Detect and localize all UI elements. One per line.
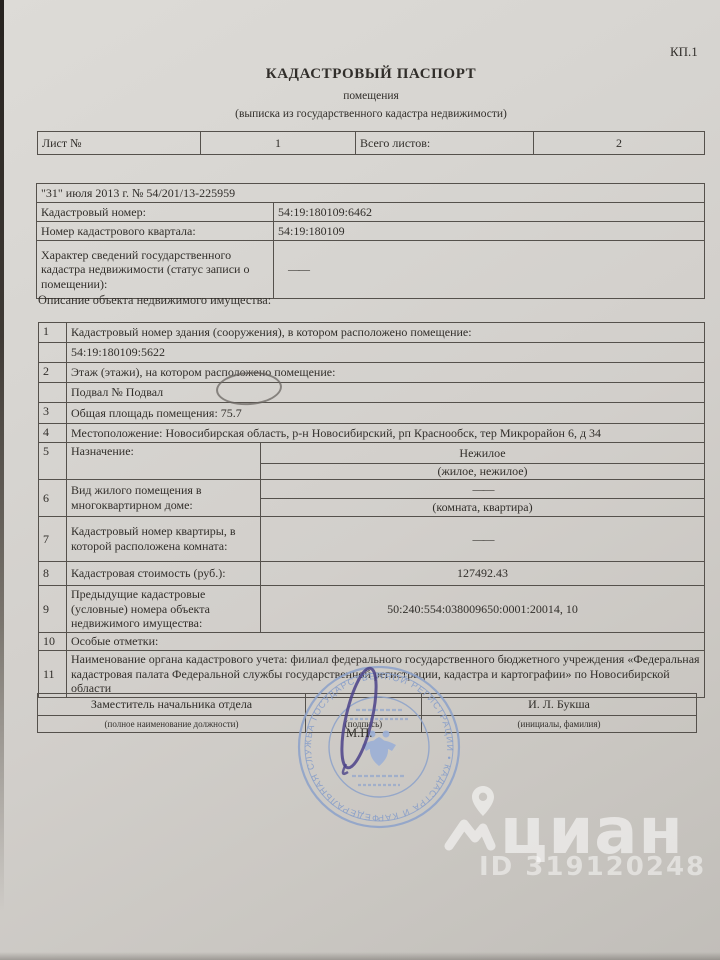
row-number: 1	[39, 323, 67, 343]
official-stamp: ФЕДЕРАЛЬНАЯ СЛУЖБА ГОСУДАРСТВЕННОЙ РЕГИС…	[284, 652, 474, 842]
apartment-number-value: ——	[261, 517, 705, 562]
previous-numbers-value: 50:240:554:038009650:0001:20014, 10	[261, 586, 705, 633]
registration-info-table: "31" июля 2013 г. № 54/201/13-225959 Кад…	[36, 183, 705, 299]
position-hint: (полное наименование должности)	[38, 716, 306, 733]
sheet-table: Лист № 1 Всего листов: 2	[37, 131, 705, 155]
apartment-number-label: Кадастровый номер квартиры, в которой ра…	[67, 517, 261, 562]
sheet-value: 1	[201, 132, 356, 155]
table-row: 54:19:180109:5622	[39, 343, 705, 363]
row-number: 3	[39, 403, 67, 424]
photo-edge-shadow-bottom	[0, 952, 720, 960]
quarter-number-label: Номер кадастрового квартала:	[37, 222, 274, 241]
table-row: 3 Общая площадь помещения: 75.7	[39, 403, 705, 424]
building-number-header: Кадастровый номер здания (сооружения), в…	[67, 323, 705, 343]
purpose-hint: (жилое, нежилое)	[261, 463, 704, 478]
document-header: КАДАСТРОВЫЙ ПАСПОРТ помещения (выписка и…	[37, 66, 705, 120]
row-number: 9	[39, 586, 67, 633]
total-area-row: Общая площадь помещения: 75.7	[67, 403, 705, 424]
date-line: "31" июля 2013 г. № 54/201/13-225959	[37, 184, 705, 203]
table-row: 9 Предыдущие кадастровые (условные) номе…	[39, 586, 705, 633]
special-notes-row: Особые отметки:	[67, 633, 705, 651]
row-number: 2	[39, 363, 67, 383]
row-number: 11	[39, 651, 67, 698]
cadastral-number-value: 54:19:180109:6462	[274, 203, 705, 222]
dwelling-type-label: Вид жилого помещения в многоквартирном д…	[67, 480, 261, 517]
row-number	[39, 343, 67, 363]
description-heading: Описание объекта недвижимого имущества:	[38, 293, 271, 308]
floor-value: Подвал № Подвал	[67, 383, 705, 403]
table-row: 5 Назначение: Нежилое (жилое, нежилое)	[39, 443, 705, 480]
table-row: 2 Этаж (этажи), на котором расположено п…	[39, 363, 705, 383]
row-number: 4	[39, 424, 67, 443]
document-title: КАДАСТРОВЫЙ ПАСПОРТ	[37, 66, 705, 83]
dwelling-type-value-cell: —— (комната, квартира)	[261, 480, 705, 517]
row-number: 10	[39, 633, 67, 651]
table-row: 1 Кадастровый номер здания (сооружения),…	[39, 323, 705, 343]
purpose-label: Назначение:	[67, 443, 261, 480]
building-number-value: 54:19:180109:5622	[67, 343, 705, 363]
total-area-label: Общая площадь помещения:	[71, 406, 218, 420]
table-row: 6 Вид жилого помещения в многоквартирном…	[39, 480, 705, 517]
property-table: 1 Кадастровый номер здания (сооружения),…	[38, 322, 705, 698]
document-subtitle-note: (выписка из государственного кадастра не…	[37, 108, 705, 120]
watermark-id-text: ID 319120248	[479, 852, 706, 882]
position-title: Заместитель начальника отдела	[38, 694, 306, 716]
document-page: КП.1 КАДАСТРОВЫЙ ПАСПОРТ помещения (выпи…	[0, 0, 720, 960]
purpose-value-cell: Нежилое (жилое, нежилое)	[261, 443, 705, 480]
table-row: 10 Особые отметки:	[39, 633, 705, 651]
record-status-label: Характер сведений государственного кадас…	[37, 241, 274, 299]
row-number: 7	[39, 517, 67, 562]
floor-header: Этаж (этажи), на котором расположено пом…	[67, 363, 705, 383]
sheet-label: Лист №	[38, 132, 201, 155]
row-number: 6	[39, 480, 67, 517]
total-sheets-value: 2	[534, 132, 705, 155]
record-status-value: ——	[274, 241, 705, 299]
row-number: 8	[39, 562, 67, 586]
table-row: 7 Кадастровый номер квартиры, в которой …	[39, 517, 705, 562]
previous-numbers-label: Предыдущие кадастровые (условные) номера…	[67, 586, 261, 633]
location-pin-icon	[472, 786, 494, 816]
cadastral-cost-label: Кадастровая стоимость (руб.):	[67, 562, 261, 586]
form-code: КП.1	[670, 44, 698, 60]
dwelling-type-value: ——	[261, 480, 704, 498]
cadastral-number-label: Кадастровый номер:	[37, 203, 274, 222]
quarter-number-value: 54:19:180109	[274, 222, 705, 241]
document-subtitle: помещения	[37, 90, 705, 102]
table-row: Подвал № Подвал	[39, 383, 705, 403]
total-area-value: 75.7	[221, 406, 242, 420]
total-sheets-label: Всего листов:	[356, 132, 534, 155]
row-number	[39, 383, 67, 403]
seal-note: М.П.	[346, 726, 372, 741]
table-row: 4 Местоположение: Новосибирская область,…	[39, 424, 705, 443]
purpose-value: Нежилое	[261, 444, 704, 463]
dwelling-type-hint: (комната, квартира)	[261, 498, 704, 516]
cadastral-cost-value: 127492.43	[261, 562, 705, 586]
table-row: 8 Кадастровая стоимость (руб.): 127492.4…	[39, 562, 705, 586]
photo-edge-shadow-left	[0, 0, 4, 960]
location-row: Местоположение: Новосибирская область, р…	[67, 424, 705, 443]
row-number: 5	[39, 443, 67, 480]
